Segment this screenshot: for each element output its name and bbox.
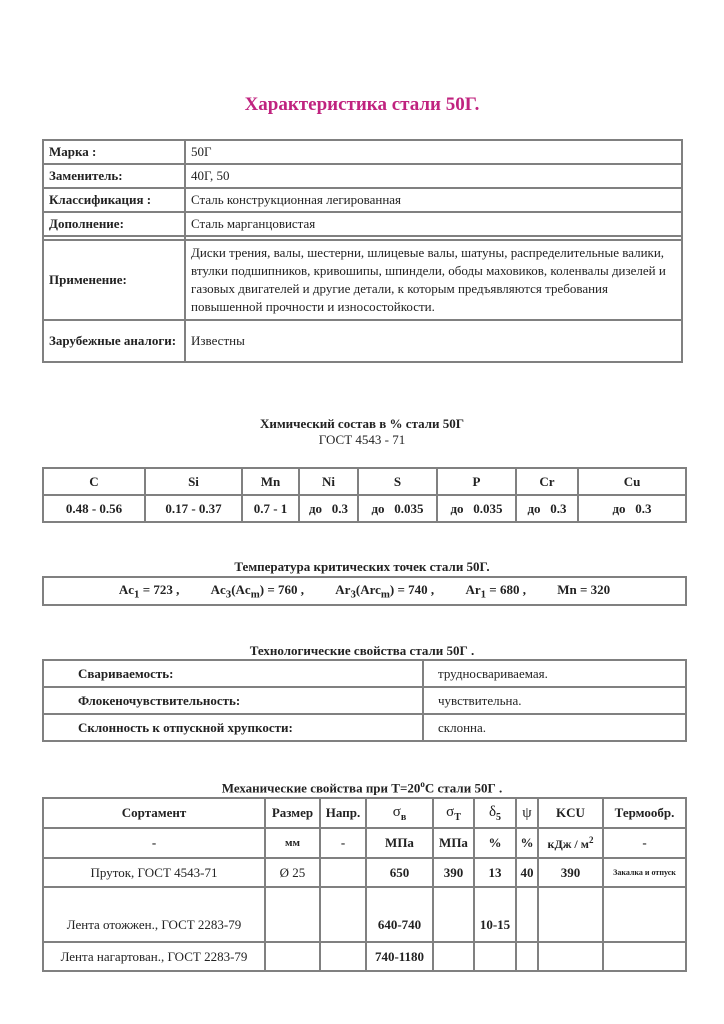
cell-size [265, 887, 320, 942]
element-header: Cr [516, 468, 578, 495]
critical-point-ac1: Ac1 = 723 , [119, 582, 180, 597]
element-header: Mn [242, 468, 299, 495]
element-value: 0.17 - 0.37 [145, 495, 242, 522]
cell-sigma-t: 390 [433, 858, 474, 887]
info-value: 50Г [185, 140, 682, 164]
header-direction: Напр. [320, 798, 366, 828]
tech-title: Технологические свойства стали 50Г . [0, 643, 724, 659]
info-row-classification: Классификация : Сталь конструкционная ле… [43, 188, 682, 212]
element-header: Si [145, 468, 242, 495]
info-label: Марка : [43, 140, 185, 164]
element-value: до 0.3 [578, 495, 686, 522]
element-value: 0.7 - 1 [242, 495, 299, 522]
unit-sigma-t: МПа [433, 828, 474, 858]
cell-kcu [538, 942, 603, 971]
element-value: 0.48 - 0.56 [43, 495, 145, 522]
cell-kcu [538, 887, 603, 942]
unit-psi: % [516, 828, 538, 858]
critical-title: Температура критических точек стали 50Г. [0, 559, 724, 575]
info-label: Применение: [43, 240, 185, 320]
cell-heat-treatment [603, 942, 686, 971]
cell-sigma-t [433, 942, 474, 971]
chemical-header-row: C Si Mn Ni S P Cr Cu [43, 468, 686, 495]
mechanical-properties-table: Сортамент Размер Напр. σв σT δ5 ψ KCU Те… [42, 797, 687, 972]
chemical-value-row: 0.48 - 0.56 0.17 - 0.37 0.7 - 1 до 0.3 д… [43, 495, 686, 522]
info-row-substitute: Заменитель: 40Г, 50 [43, 164, 682, 188]
chemical-table: C Si Mn Ni S P Cr Cu 0.48 - 0.56 0.17 - … [42, 467, 687, 523]
info-row-addition: Дополнение: Сталь марганцовистая [43, 212, 682, 236]
unit-sigma-b: МПа [366, 828, 433, 858]
cell-sortament: Лента нагартован., ГОСТ 2283-79 [43, 942, 265, 971]
element-header: Cu [578, 468, 686, 495]
unit-direction: - [320, 828, 366, 858]
cell-direction [320, 858, 366, 887]
element-value: до 0.035 [437, 495, 516, 522]
cell-sigma-b: 650 [366, 858, 433, 887]
cell-direction [320, 887, 366, 942]
element-value: до 0.3 [516, 495, 578, 522]
cell-delta5: 13 [474, 858, 516, 887]
cell-psi [516, 942, 538, 971]
cell-sigma-b: 640-740 [366, 887, 433, 942]
steel-info-table: Марка : 50Г Заменитель: 40Г, 50 Классифи… [42, 139, 683, 363]
info-label: Классификация : [43, 188, 185, 212]
tech-label: Свариваемость: [43, 660, 423, 687]
info-label: Зарубежные аналоги: [43, 320, 185, 362]
mechanical-data-row: Лента нагартован., ГОСТ 2283-79 740-1180 [43, 942, 686, 971]
cell-psi [516, 887, 538, 942]
chemical-title: Химический состав в % стали 50Г [0, 416, 724, 432]
info-row-foreign-analogs: Зарубежные аналоги: Известны [43, 320, 682, 362]
cell-psi: 40 [516, 858, 538, 887]
info-label: Дополнение: [43, 212, 185, 236]
cell-direction [320, 942, 366, 971]
cell-heat-treatment [603, 887, 686, 942]
cell-heat-treatment: Закалка и отпуск [603, 858, 686, 887]
unit-sortament: - [43, 828, 265, 858]
tech-value: склонна. [423, 714, 686, 741]
mechanical-data-row: Пруток, ГОСТ 4543-71 Ø 25 650 390 13 40 … [43, 858, 686, 887]
info-value: Сталь конструкционная легированная [185, 188, 682, 212]
tech-label: Склонность к отпускной хрупкости: [43, 714, 423, 741]
cell-size: Ø 25 [265, 858, 320, 887]
header-sigma-b: σв [366, 798, 433, 828]
critical-point-ac3: Ac3(Acm) = 760 , [211, 582, 304, 597]
tech-value: чувствительна. [423, 687, 686, 714]
header-sortament: Сортамент [43, 798, 265, 828]
info-row-application: Применение: Диски трения, валы, шестерни… [43, 240, 682, 320]
unit-delta5: % [474, 828, 516, 858]
info-value: 40Г, 50 [185, 164, 682, 188]
element-value: до 0.3 [299, 495, 358, 522]
chemical-standard: ГОСТ 4543 - 71 [0, 432, 724, 448]
cell-sortament: Лента отожжен., ГОСТ 2283-79 [43, 887, 265, 942]
element-header: S [358, 468, 437, 495]
critical-points-cell: Ac1 = 723 , Ac3(Acm) = 760 , Ar3(Arcm) =… [43, 577, 686, 605]
header-size: Размер [265, 798, 320, 828]
element-header: Ni [299, 468, 358, 495]
tech-properties-table: Свариваемость: трудносвариваемая. Флокен… [42, 659, 687, 742]
cell-size [265, 942, 320, 971]
header-heat-treatment: Термообр. [603, 798, 686, 828]
cell-kcu: 390 [538, 858, 603, 887]
element-value: до 0.035 [358, 495, 437, 522]
unit-heat-treatment: - [603, 828, 686, 858]
critical-point-mn: Mn = 320 [557, 582, 610, 597]
header-sigma-t: σT [433, 798, 474, 828]
unit-kcu: кДж / м2 [538, 828, 603, 858]
header-psi: ψ [516, 798, 538, 828]
tech-value: трудносвариваемая. [423, 660, 686, 687]
info-value: Диски трения, валы, шестерни, шлицевые в… [185, 240, 682, 320]
mechanical-title: Механические свойства при Т=20oС стали 5… [0, 779, 724, 796]
critical-point-ar3: Ar3(Arcm) = 740 , [335, 582, 434, 597]
unit-size: мм [265, 828, 320, 858]
cell-delta5: 10-15 [474, 887, 516, 942]
tech-row: Флокеночувствительность: чувствительна. [43, 687, 686, 714]
cell-delta5 [474, 942, 516, 971]
cell-sortament: Пруток, ГОСТ 4543-71 [43, 858, 265, 887]
element-header: P [437, 468, 516, 495]
info-row-grade: Марка : 50Г [43, 140, 682, 164]
mechanical-header-row: Сортамент Размер Напр. σв σT δ5 ψ KCU Те… [43, 798, 686, 828]
header-kcu: KCU [538, 798, 603, 828]
mechanical-units-row: - мм - МПа МПа % % кДж / м2 - [43, 828, 686, 858]
info-label: Заменитель: [43, 164, 185, 188]
info-value: Известны [185, 320, 682, 362]
tech-label: Флокеночувствительность: [43, 687, 423, 714]
critical-points-table: Ac1 = 723 , Ac3(Acm) = 760 , Ar3(Arcm) =… [42, 576, 687, 606]
cell-sigma-b: 740-1180 [366, 942, 433, 971]
info-value: Сталь марганцовистая [185, 212, 682, 236]
mechanical-data-row: Лента отожжен., ГОСТ 2283-79 640-740 10-… [43, 887, 686, 942]
element-header: C [43, 468, 145, 495]
header-delta5: δ5 [474, 798, 516, 828]
cell-sigma-t [433, 887, 474, 942]
tech-row: Свариваемость: трудносвариваемая. [43, 660, 686, 687]
page-title: Характеристика стали 50Г. [0, 94, 724, 116]
critical-point-ar1: Ar1 = 680 , [465, 582, 526, 597]
tech-row: Склонность к отпускной хрупкости: склонн… [43, 714, 686, 741]
